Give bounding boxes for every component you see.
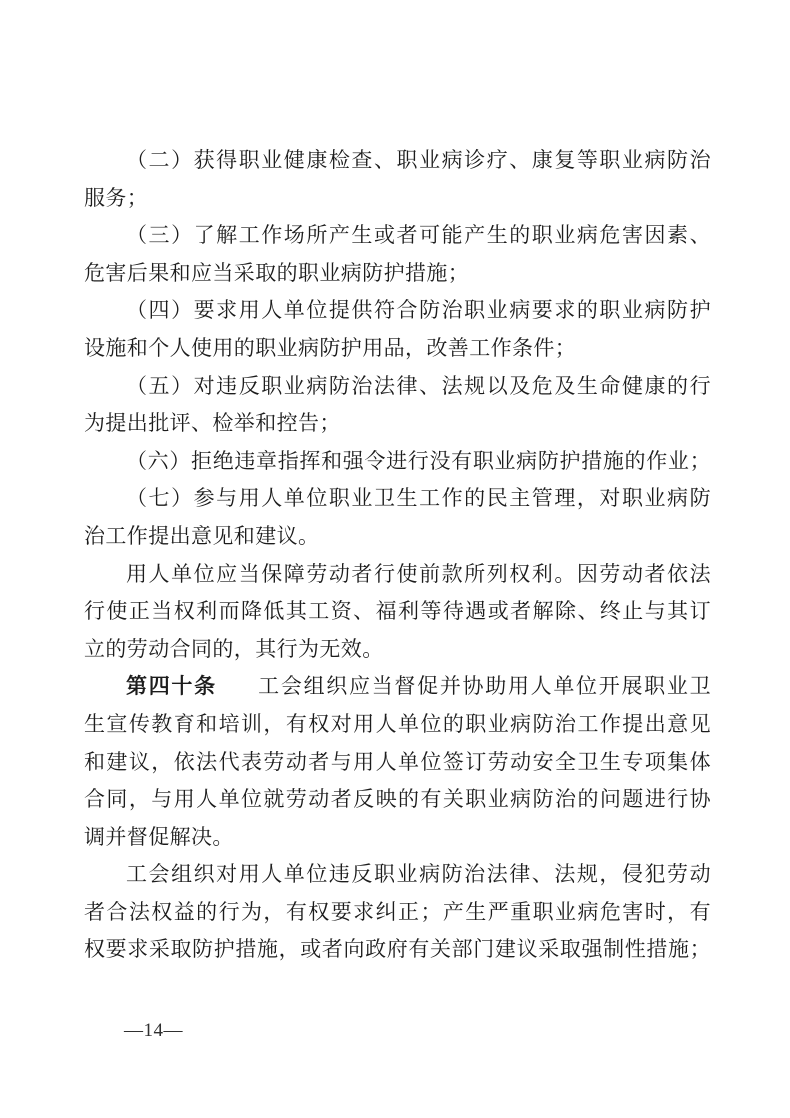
text-line: 调并督促解决。: [84, 819, 711, 857]
text-line: 治工作提出意见和建议。: [84, 518, 711, 556]
text-line: 行使正当权利而降低其工资、福利等待遇或者解除、终止与其订: [84, 593, 711, 631]
text-block: （二）获得职业健康检查、职业病诊疗、康复等职业病防治 服务； （三）了解工作场所…: [84, 142, 711, 969]
paragraph-union-oversight: 工会组织对用人单位违反职业病防治法律、法规，侵犯劳动 者合法权益的行为，有权要求…: [84, 856, 711, 969]
text-line: 服务；: [84, 180, 711, 218]
text-line: （五）对违反职业病防治法律、法规以及危及生命健康的行: [84, 368, 711, 406]
paragraph-item-6: （六）拒绝违章指挥和强令进行没有职业病防护措施的作业；: [84, 443, 711, 481]
document-page: （二）获得职业健康检查、职业病诊疗、康复等职业病防治 服务； （三）了解工作场所…: [0, 0, 790, 1118]
text-line: 为提出批评、检举和控告；: [84, 405, 711, 443]
text-line: （六）拒绝违章指挥和强令进行没有职业病防护措施的作业；: [84, 443, 711, 481]
article-lead-text: 工会组织应当督促并协助用人单位开展职业卫: [257, 674, 711, 698]
paragraph-employer-duty: 用人单位应当保障劳动者行使前款所列权利。因劳动者依法 行使正当权利而降低其工资、…: [84, 556, 711, 669]
article-lead-line: 第四十条工会组织应当督促并协助用人单位开展职业卫: [84, 668, 711, 706]
text-line: 和建议，依法代表劳动者与用人单位签订劳动安全卫生专项集体: [84, 744, 711, 782]
article-number: 第四十条: [126, 674, 217, 698]
text-line: 者合法权益的行为，有权要求纠正；产生严重职业病危害时，有: [84, 894, 711, 932]
text-line: 危害后果和应当采取的职业病防护措施；: [84, 255, 711, 293]
paragraph-item-7: （七）参与用人单位职业卫生工作的民主管理，对职业病防 治工作提出意见和建议。: [84, 480, 711, 555]
article-lead-gap: [217, 692, 257, 693]
text-line: 工会组织对用人单位违反职业病防治法律、法规，侵犯劳动: [84, 856, 711, 894]
text-line: 立的劳动合同的，其行为无效。: [84, 631, 711, 669]
text-line: （七）参与用人单位职业卫生工作的民主管理，对职业病防: [84, 480, 711, 518]
paragraph-item-3: （三）了解工作场所产生或者可能产生的职业病危害因素、 危害后果和应当采取的职业病…: [84, 217, 711, 292]
text-line: （三）了解工作场所产生或者可能产生的职业病危害因素、: [84, 217, 711, 255]
text-line: 生宣传教育和培训，有权对用人单位的职业病防治工作提出意见: [84, 706, 711, 744]
paragraph-item-5: （五）对违反职业病防治法律、法规以及危及生命健康的行 为提出批评、检举和控告；: [84, 368, 711, 443]
paragraph-item-4: （四）要求用人单位提供符合防治职业病要求的职业病防护 设施和个人使用的职业病防护…: [84, 292, 711, 367]
page-number: —14—: [124, 1020, 183, 1042]
text-line: （四）要求用人单位提供符合防治职业病要求的职业病防护: [84, 292, 711, 330]
text-line: 用人单位应当保障劳动者行使前款所列权利。因劳动者依法: [84, 556, 711, 594]
text-line: 设施和个人使用的职业病防护用品，改善工作条件；: [84, 330, 711, 368]
text-line: （二）获得职业健康检查、职业病诊疗、康复等职业病防治: [84, 142, 711, 180]
paragraph-item-2: （二）获得职业健康检查、职业病诊疗、康复等职业病防治 服务；: [84, 142, 711, 217]
text-line: 权要求采取防护措施，或者向政府有关部门建议采取强制性措施；: [84, 931, 711, 969]
paragraph-article-40: 第四十条工会组织应当督促并协助用人单位开展职业卫 生宣传教育和培训，有权对用人单…: [84, 668, 711, 856]
text-line: 合同，与用人单位就劳动者反映的有关职业病防治的问题进行协: [84, 781, 711, 819]
